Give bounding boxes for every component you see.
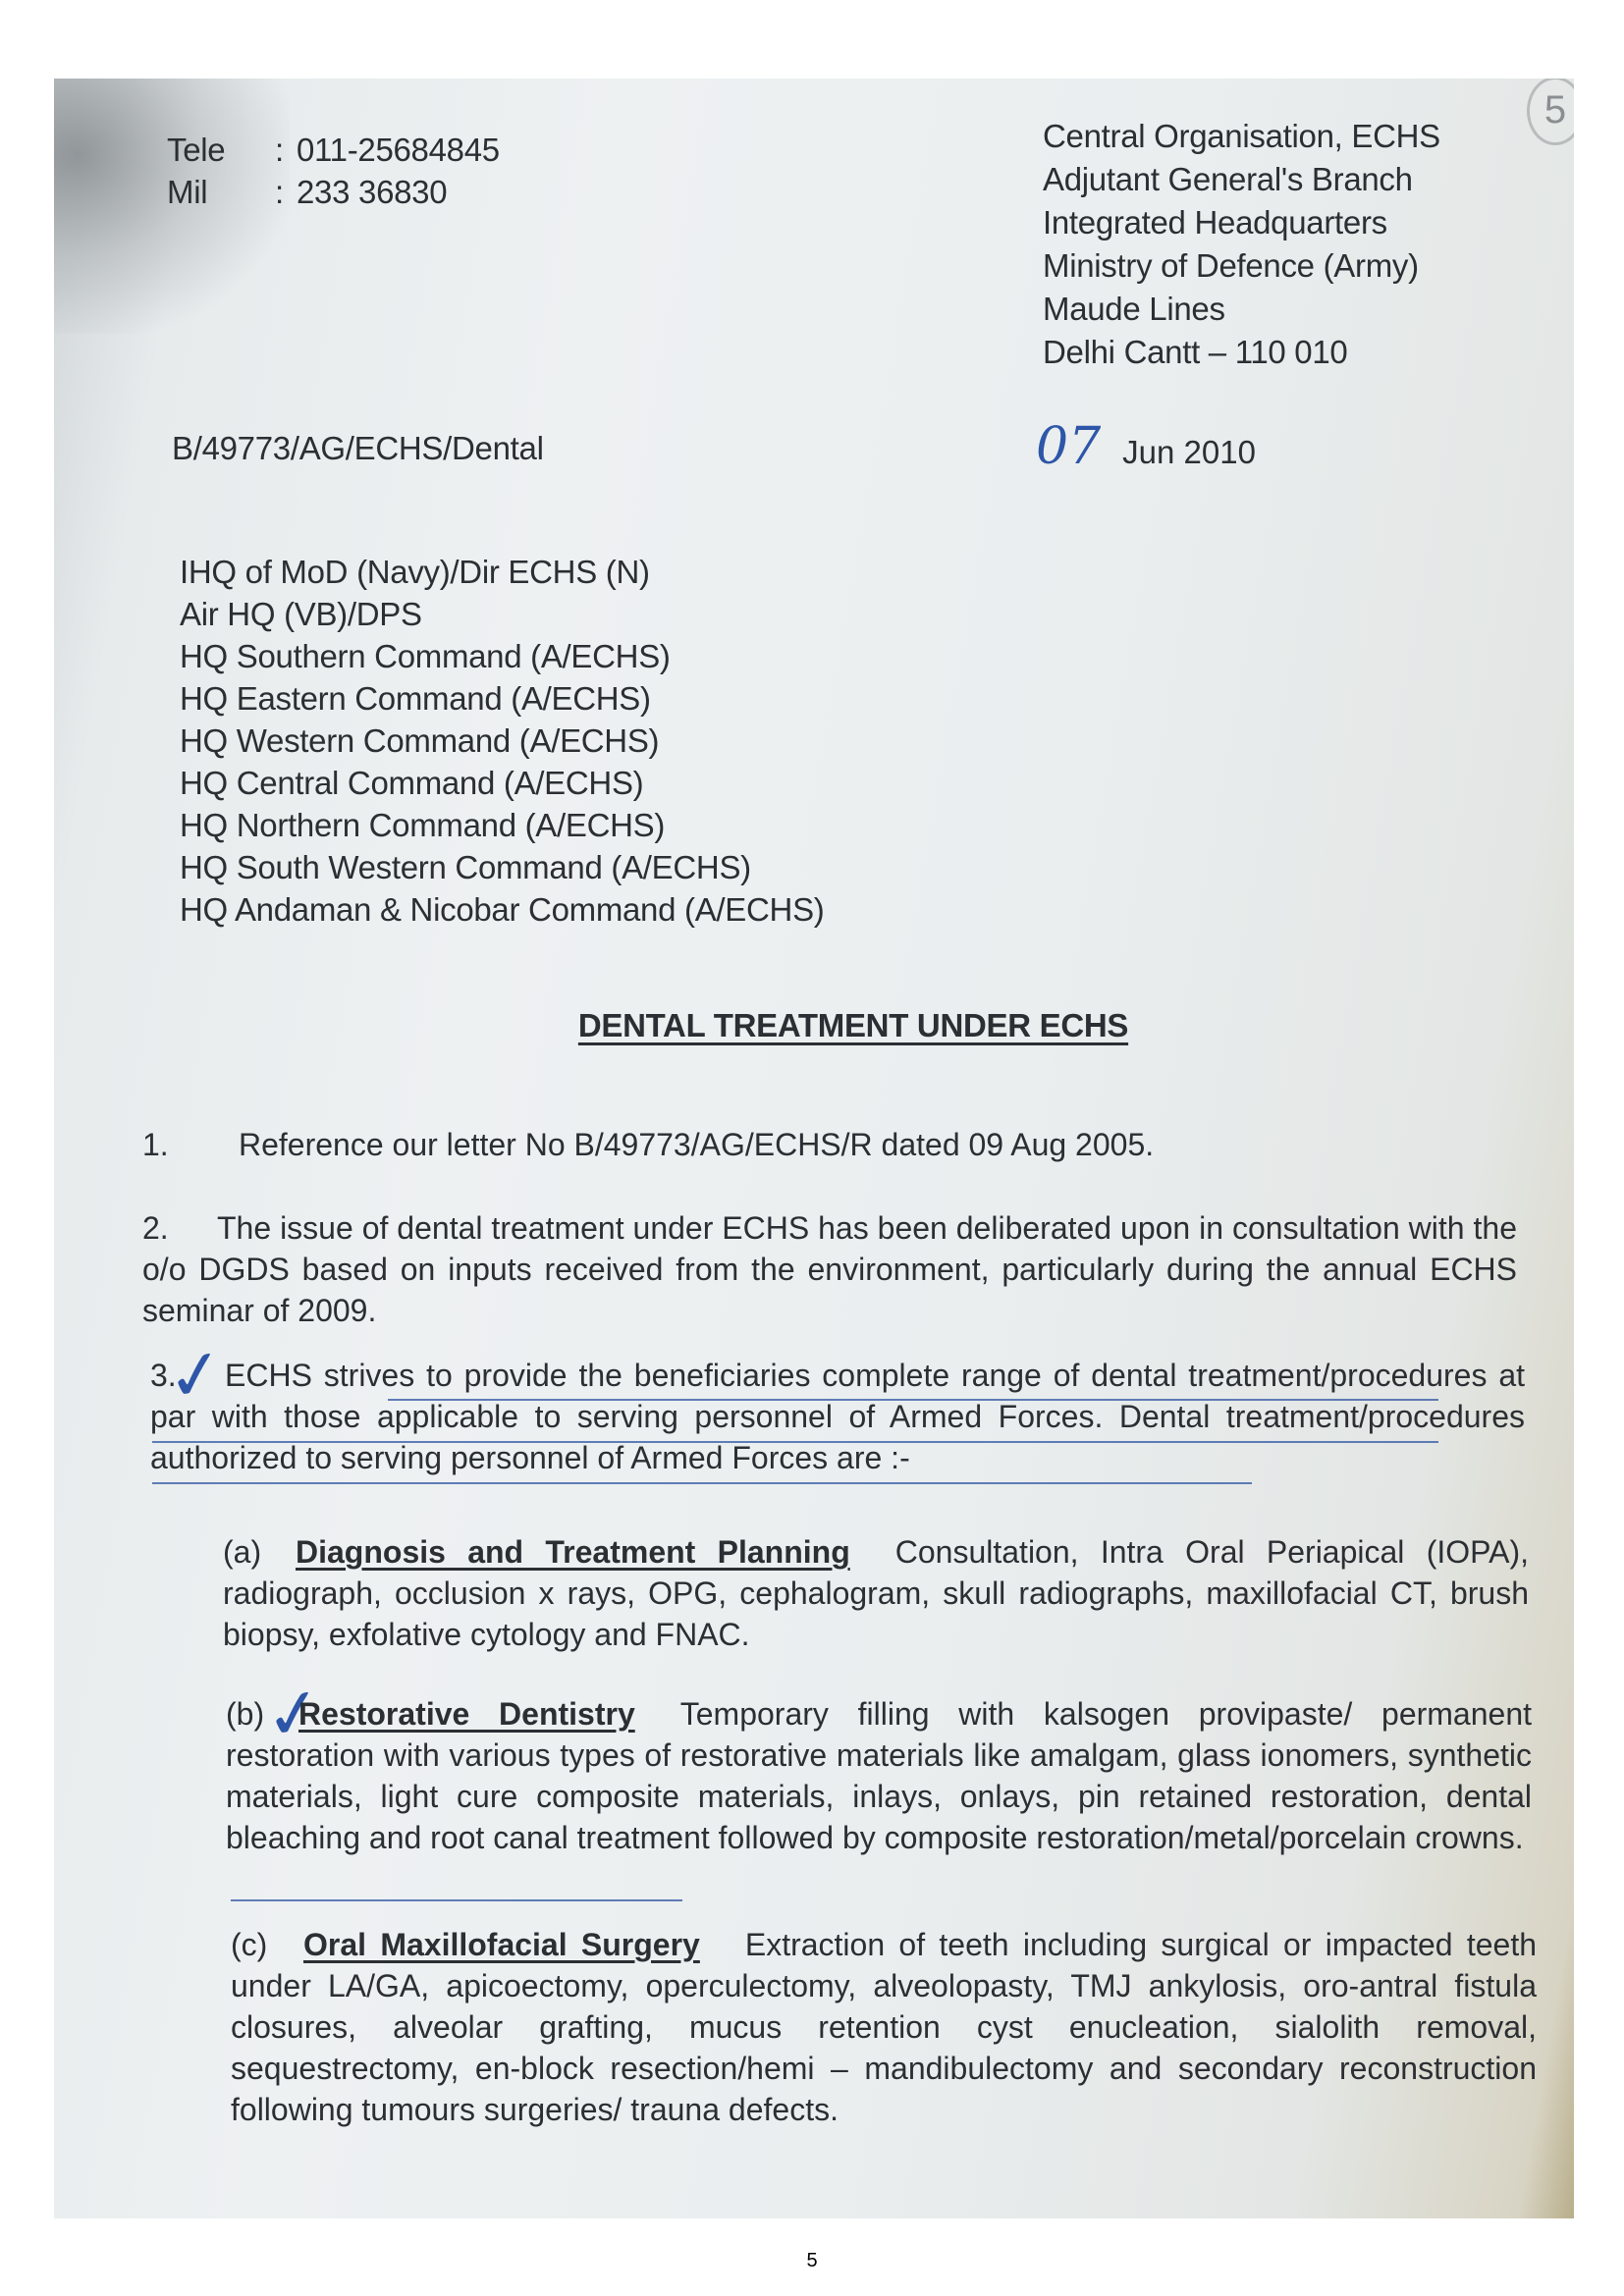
addressee-list: IHQ of MoD (Navy)/Dir ECHS (N) Air HQ (V… (180, 556, 824, 935)
month-year: Jun 2010 (1122, 434, 1256, 471)
sub-paragraph-c: (c)Oral Maxillofacial SurgeryExtraction … (231, 1924, 1537, 2130)
reference-number: B/49773/AG/ECHS/Dental (172, 432, 544, 464)
scanned-letter: Tele : 011-25684845 Mil : 233 36830 Cent… (54, 79, 1574, 2218)
contact-mil: Mil : 233 36830 (167, 176, 500, 208)
addressee: IHQ of MoD (Navy)/Dir ECHS (N) (180, 556, 824, 588)
pen-underline (231, 1899, 682, 1901)
subject-heading: DENTAL TREATMENT UNDER ECHS (54, 1009, 1574, 1041)
addressee: HQ Central Command (A/ECHS) (180, 767, 824, 799)
sub-heading: Oral Maxillofacial Surgery (303, 1927, 700, 1962)
paragraph-3: 3.ECHS strives to provide the beneficiar… (150, 1355, 1525, 1478)
addressee: HQ Andaman & Nicobar Command (A/ECHS) (180, 893, 824, 926)
addressee: HQ Southern Command (A/ECHS) (180, 640, 824, 672)
pen-underline (152, 1441, 1438, 1443)
address-line: Ministry of Defence (Army) (1043, 249, 1440, 282)
handwritten-day: 07 (1036, 417, 1101, 476)
addressee: HQ Eastern Command (A/ECHS) (180, 682, 824, 715)
sender-address: Central Organisation, ECHS Adjutant Gene… (1043, 120, 1440, 379)
pen-underline (152, 1482, 1252, 1484)
paragraph-2: 2.The issue of dental treatment under EC… (142, 1207, 1517, 1331)
addressee: HQ Western Command (A/ECHS) (180, 724, 824, 757)
sub-heading: Restorative Dentistry (298, 1696, 635, 1732)
tele-number: 011-25684845 (297, 133, 500, 166)
sub-paragraph-b: (b)Restorative DentistryTemporary fillin… (226, 1693, 1532, 1858)
letter-date: 07 Jun 2010 (1036, 417, 1256, 476)
handwritten-page-mark: 5 (1527, 79, 1574, 145)
sub-heading: Diagnosis and Treatment Planning (296, 1534, 850, 1570)
addressee: HQ Northern Command (A/ECHS) (180, 809, 824, 841)
address-line: Delhi Cantt – 110 010 (1043, 336, 1440, 368)
mil-number: 233 36830 (297, 176, 447, 208)
addressee: HQ South Western Command (A/ECHS) (180, 851, 824, 883)
pen-underline (388, 1399, 1438, 1401)
paragraph-1: 1.Reference our letter No B/49773/AG/ECH… (142, 1124, 1488, 1165)
page-number: 5 (0, 2250, 1624, 2272)
sub-paragraph-a: (a)Diagnosis and Treatment PlanningConsu… (223, 1531, 1529, 1655)
contact-tele: Tele : 011-25684845 (167, 133, 500, 166)
address-line: Adjutant General's Branch (1043, 163, 1440, 195)
address-line: Central Organisation, ECHS (1043, 120, 1440, 152)
address-line: Integrated Headquarters (1043, 206, 1440, 239)
address-line: Maude Lines (1043, 293, 1440, 325)
contact-block: Tele : 011-25684845 Mil : 233 36830 (167, 133, 500, 218)
addressee: Air HQ (VB)/DPS (180, 598, 824, 630)
